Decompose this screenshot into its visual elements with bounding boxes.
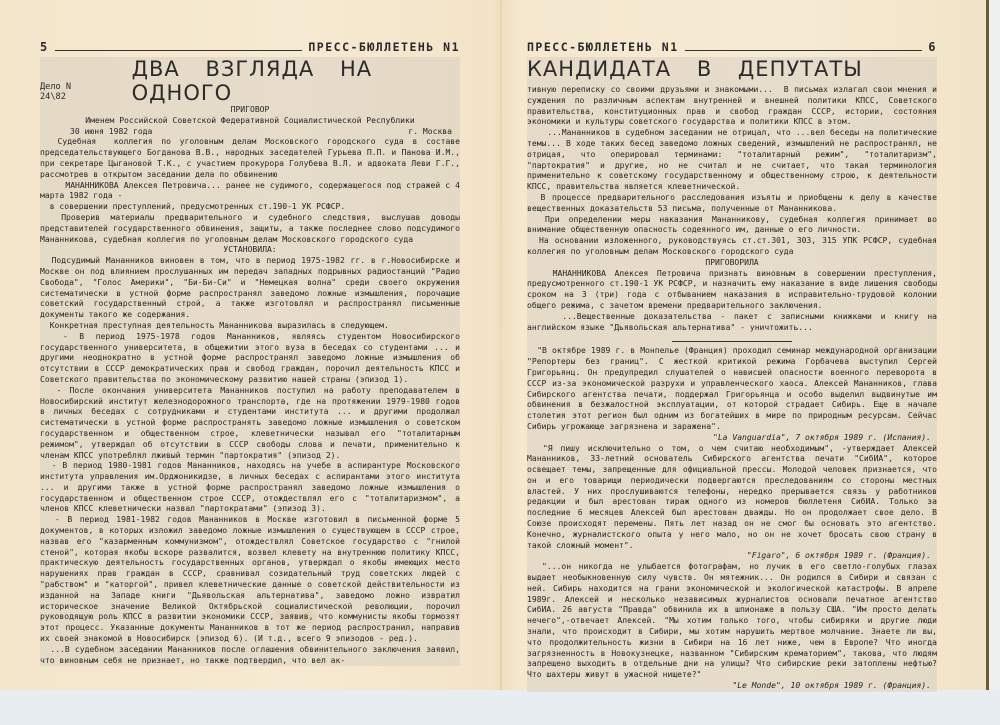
headline-right: КАНДИДАТА В ДЕПУТАТЫ [527, 57, 937, 81]
document-spread: 5 ПРЕСС-БЮЛЛЕТЕНЬ N1 Дело N 24\82 ДВА ВЗ… [0, 0, 1000, 690]
page-gutter [500, 0, 502, 690]
headline-left: ДВА ВЗГЛЯДА НА ОДНОГО [132, 57, 460, 105]
running-head-left: 5 ПРЕСС-БЮЛЛЕТЕНЬ N1 [40, 40, 460, 54]
right-text-block: КАНДИДАТА В ДЕПУТАТЫ тивную переписку со… [527, 57, 937, 692]
press-quote-2: "Я пишу исключительно о том, о чем счита… [527, 444, 937, 552]
established-title: УСТАНОВИЛА: [40, 245, 460, 256]
header-rule [685, 41, 923, 51]
verdict-title: ПРИГОВОР [40, 105, 460, 116]
scan-background [989, 0, 1000, 690]
case-number: Дело N 24\82 [40, 82, 96, 102]
press-source-1: "La Vanguardia", 7 октября 1989 г. (Испа… [527, 433, 937, 444]
press-source-2: "Figaro", 6 октября 1989 г. (Франция). [527, 551, 937, 562]
verdict-body-4: МАНАННИКОВА Алексея Петровича признать в… [527, 269, 937, 334]
press-quote-3: "...он никогда не улыбается фотографам, … [527, 562, 937, 681]
running-head-right: ПРЕСС-БЮЛЛЕТЕНЬ N1 6 [527, 40, 937, 54]
right-page: ПРЕСС-БЮЛЛЕТЕНЬ N1 6 КАНДИДАТА В ДЕПУТАТ… [527, 40, 937, 692]
verdict-date: 30 июня 1982 года [70, 127, 152, 138]
verdict-body-2: Подсудимый Мананников виновен в том, что… [40, 256, 460, 666]
page-number: 6 [928, 40, 937, 54]
verdict-header: Именем Российской Советской Федеративной… [40, 116, 460, 127]
press-source-3: "Le Monde", 10 октября 1989 г. (Франция)… [527, 681, 937, 692]
page-number: 5 [40, 40, 49, 54]
sentenced-title: ПРИГОВОРИЛА [527, 258, 937, 269]
verdict-body-1: Судебная коллегия по уголовным делам Мос… [40, 137, 460, 245]
press-quote-1: "В октябре 1989 г. в Монпелье (Франция) … [527, 346, 937, 432]
section-divider [672, 341, 792, 342]
bulletin-title: ПРЕСС-БЮЛЛЕТЕНЬ N1 [527, 40, 679, 54]
left-text-block: Дело N 24\82 ДВА ВЗГЛЯДА НА ОДНОГО ПРИГО… [40, 57, 460, 666]
verdict-city: г. Москва [408, 127, 452, 138]
bulletin-title: ПРЕСС-БЮЛЛЕТЕНЬ N1 [308, 40, 460, 54]
header-rule [55, 41, 303, 51]
left-page: 5 ПРЕСС-БЮЛЛЕТЕНЬ N1 Дело N 24\82 ДВА ВЗ… [40, 40, 460, 666]
verdict-body-3: тивную переписку со своими друзьями и зн… [527, 85, 937, 258]
